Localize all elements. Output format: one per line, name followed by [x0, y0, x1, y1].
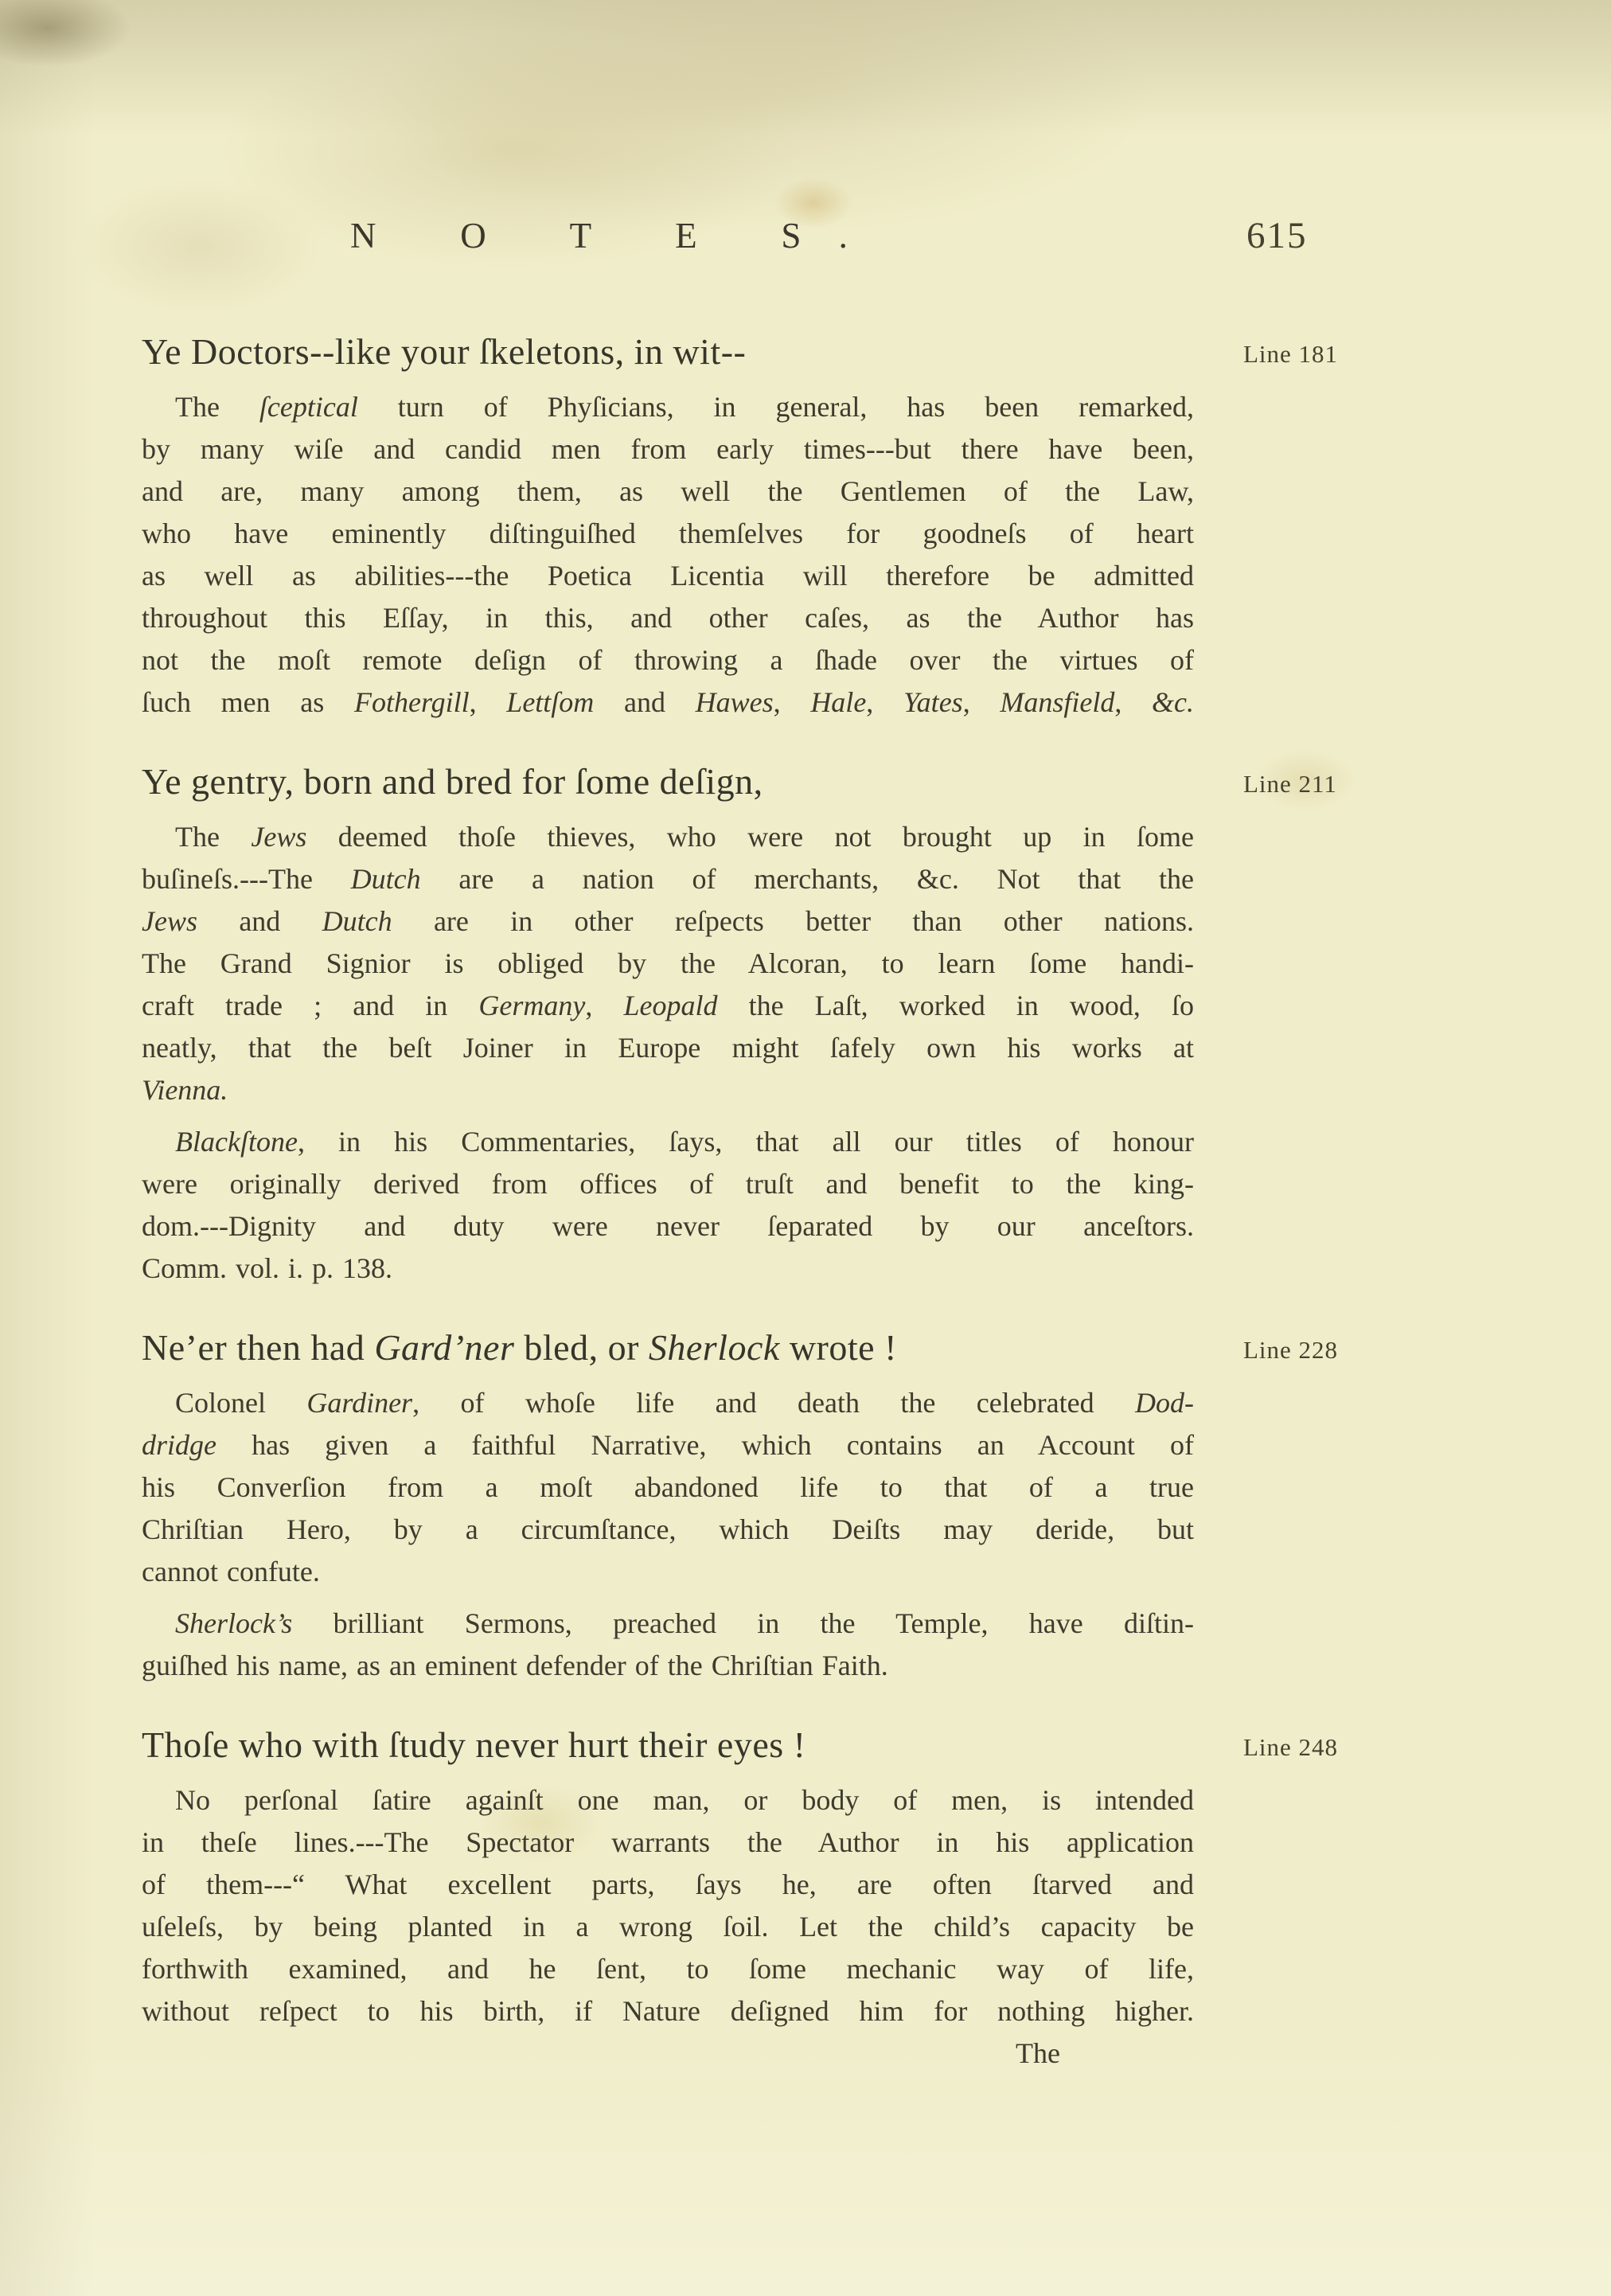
text-line: cannot confute.: [142, 1551, 1194, 1593]
italic-text-segment: Yates: [903, 686, 963, 718]
text-line: by many wiſe and candid men from early t…: [142, 428, 1194, 471]
text-line: The ſceptical turn of Phyſicians, in gen…: [142, 386, 1194, 428]
page-title: N O T E S.: [142, 211, 1194, 260]
note-heading: Thoſe who with ſtudy never hurt their ey…: [142, 1720, 1194, 1770]
text-segment: and: [594, 686, 695, 718]
text-segment: were originally derived from offices of …: [142, 1168, 1194, 1200]
text-segment: ,: [963, 686, 1001, 718]
text-line: without reſpect to his birth, if Nature …: [142, 1990, 1194, 2032]
text-line: were originally derived from offices of …: [142, 1163, 1194, 1205]
text-segment: turn of Phyſicians, in general, has been…: [358, 391, 1194, 423]
italic-text-segment: Jews: [142, 905, 197, 937]
note-paragraph: Sherlock’s brilliant Sermons, preached i…: [142, 1603, 1194, 1687]
text-segment: uſeleſs, by being planted in a wrong ſoi…: [142, 1911, 1194, 1943]
text-line: dom.---Dignity and duty were never ſepar…: [142, 1205, 1194, 1248]
text-line: Vienna.: [142, 1069, 1194, 1111]
text-segment: and are, many among them, as well the Ge…: [142, 475, 1194, 507]
note-paragraph: The ſceptical turn of Phyſicians, in gen…: [142, 386, 1194, 724]
note-paragraph-row: No perſonal ſatire againſt one man, or b…: [142, 1770, 1611, 2032]
italic-text-segment: Dutch: [351, 863, 421, 895]
note-paragraph-row: The Jews deemed thoſe thieves, who were …: [142, 806, 1611, 1111]
text-segment: ,: [470, 686, 507, 718]
text-segment: ,: [866, 686, 903, 718]
text-segment: ,: [585, 990, 623, 1021]
note-heading-row: Ye gentry, born and bred for ſome deſign…: [142, 757, 1611, 806]
note-heading-row: Ye Doctors--like your ſkeletons, in wit-…: [142, 327, 1611, 377]
text-segment: wrote !: [780, 1327, 897, 1368]
text-segment: guiſhed his name, as an eminent defender…: [142, 1650, 888, 1681]
text-segment: Ye gentry, born and bred for ſome deſign…: [142, 761, 763, 802]
text-segment: by many wiſe and candid men from early t…: [142, 433, 1194, 465]
margin-spacer: [1194, 1770, 1528, 1783]
notes: Ye Doctors--like your ſkeletons, in wit-…: [142, 327, 1611, 2032]
text-segment: The: [175, 391, 259, 423]
text-segment: are a nation of merchants, &c. Not that …: [421, 863, 1194, 895]
margin-spacer: [1194, 1593, 1528, 1606]
text-segment: throughout this Eſſay, in this, and othe…: [142, 602, 1194, 634]
note-heading-col: Ye Doctors--like your ſkeletons, in wit-…: [142, 327, 1194, 377]
text-line: neatly, that the beſt Joiner in Europe m…: [142, 1027, 1194, 1069]
text-segment: No perſonal ſatire againſt one man, or b…: [175, 1784, 1194, 1816]
text-line: buſineſs.---The Dutch are a nation of me…: [142, 858, 1194, 900]
text-segment: are in other reſpects better than other …: [392, 905, 1194, 937]
text-segment: not the moſt remote deſign of throwing a…: [142, 644, 1194, 676]
italic-text-segment: &c.: [1152, 686, 1194, 718]
italic-text-segment: dridge: [142, 1429, 216, 1461]
text-segment: Colonel: [175, 1387, 306, 1419]
text-segment: cannot confute.: [142, 1556, 320, 1587]
note-heading-col: Ne’er then had Gard’ner bled, or Sherloc…: [142, 1323, 1194, 1373]
line-reference: Line 211: [1194, 757, 1528, 799]
text-segment: his Converſion from a moſt abandoned lif…: [142, 1471, 1194, 1503]
text-segment: The Grand Signior is obliged by the Alco…: [142, 947, 1194, 979]
text-segment: Ne’er then had: [142, 1327, 374, 1368]
text-line: of them---“ What excellent parts, ſays h…: [142, 1864, 1194, 1906]
text-segment: the Laſt, worked in wood, ſo: [717, 990, 1194, 1021]
text-segment: brilliant Sermons, preached in the Templ…: [292, 1607, 1194, 1639]
text-line: his Converſion from a moſt abandoned lif…: [142, 1466, 1194, 1509]
italic-text-segment: Sherlock: [649, 1327, 780, 1368]
text-line: Colonel Gardiner, of whoſe life and deat…: [142, 1382, 1194, 1424]
text-segment: deemed thoſe thieves, who were not broug…: [306, 821, 1194, 853]
text-segment: Chriſtian Hero, by a circumſtance, which…: [142, 1513, 1194, 1545]
text-segment: neatly, that the beſt Joiner in Europe m…: [142, 1032, 1194, 1064]
text-line: guiſhed his name, as an eminent defender…: [142, 1645, 1194, 1687]
italic-text-segment: Vienna.: [142, 1074, 228, 1106]
italic-text-segment: Fothergill: [354, 686, 470, 718]
text-line: throughout this Eſſay, in this, and othe…: [142, 597, 1194, 639]
text-segment: dom.---Dignity and duty were never ſepar…: [142, 1210, 1194, 1242]
note-heading: Ye Doctors--like your ſkeletons, in wit-…: [142, 327, 1194, 377]
note-heading-col: Thoſe who with ſtudy never hurt their ey…: [142, 1720, 1194, 1770]
note-heading: Ye gentry, born and bred for ſome deſign…: [142, 757, 1194, 806]
text-segment: of them---“ What excellent parts, ſays h…: [142, 1868, 1194, 1900]
text-segment: as well as abilities---the Poetica Licen…: [142, 560, 1194, 592]
note-heading-row: Ne’er then had Gard’ner bled, or Sherloc…: [142, 1323, 1611, 1373]
italic-text-segment: Dutch: [322, 905, 392, 937]
text-line: in theſe lines.---The Spectator warrants…: [142, 1822, 1194, 1864]
text-line: Jews and Dutch are in other reſpects bet…: [142, 900, 1194, 943]
text-segment: bled, or: [514, 1327, 649, 1368]
note-paragraph-row: The ſceptical turn of Phyſicians, in gen…: [142, 377, 1611, 724]
note-paragraph: No perſonal ſatire againſt one man, or b…: [142, 1779, 1194, 2032]
text-segment: ſuch men as: [142, 686, 354, 718]
text-segment: , in his Commentaries, ſays, that all ou…: [298, 1126, 1194, 1158]
text-line: ſuch men as Fothergill, Lettſom and Hawe…: [142, 681, 1194, 724]
margin-spacer: [1194, 1373, 1528, 1385]
text-line: No perſonal ſatire againſt one man, or b…: [142, 1779, 1194, 1822]
text-segment: , of whoſe life and death the celebrated: [412, 1387, 1135, 1419]
note-paragraph: The Jews deemed thoſe thieves, who were …: [142, 816, 1194, 1111]
italic-text-segment: Dod-: [1135, 1387, 1194, 1419]
note-paragraph-row: Colonel Gardiner, of whoſe life and deat…: [142, 1373, 1611, 1593]
italic-text-segment: Jews: [251, 821, 306, 853]
text-segment: forthwith examined, and he ſent, to ſome…: [142, 1953, 1194, 1985]
running-head: N O T E S. 615: [142, 211, 1611, 260]
text-line: The Jews deemed thoſe thieves, who were …: [142, 816, 1194, 858]
text-segment: has given a faithful Narrative, which co…: [216, 1429, 1194, 1461]
text-segment: in theſe lines.---The Spectator warrants…: [142, 1826, 1194, 1858]
text-line: dridge has given a faithful Narrative, w…: [142, 1424, 1194, 1466]
catchword: The: [142, 2032, 1194, 2075]
margin-spacer: [1194, 1111, 1528, 1124]
text-line: who have eminently diſtinguiſhed themſel…: [142, 513, 1194, 555]
italic-text-segment: Germany: [478, 990, 585, 1021]
text-segment: Comm. vol. i. p. 138.: [142, 1252, 392, 1284]
italic-text-segment: Sherlock’s: [175, 1607, 292, 1639]
text-line: The Grand Signior is obliged by the Alco…: [142, 943, 1194, 985]
italic-text-segment: Lettſom: [506, 686, 594, 718]
text-line: Comm. vol. i. p. 138.: [142, 1248, 1194, 1290]
note-paragraph: Blackſtone, in his Commentaries, ſays, t…: [142, 1121, 1194, 1290]
line-reference: Line 228: [1194, 1323, 1528, 1365]
text-segment: Thoſe who with ſtudy never hurt their ey…: [142, 1724, 805, 1765]
text-segment: without reſpect to his birth, if Nature …: [142, 1995, 1194, 2027]
italic-text-segment: Gard’ner: [374, 1327, 514, 1368]
note-heading-row: Thoſe who with ſtudy never hurt their ey…: [142, 1720, 1611, 1770]
text-line: Sherlock’s brilliant Sermons, preached i…: [142, 1603, 1194, 1645]
italic-text-segment: Blackſtone: [175, 1126, 298, 1158]
text-line: craft trade ; and in Germany, Leopald th…: [142, 985, 1194, 1027]
italic-text-segment: Hale: [810, 686, 866, 718]
italic-text-segment: Gardiner: [306, 1387, 412, 1419]
margin-spacer: [1194, 806, 1528, 819]
note-heading: Ne’er then had Gard’ner bled, or Sherloc…: [142, 1323, 1194, 1373]
text-segment: buſineſs.---The: [142, 863, 351, 895]
text-segment: and: [197, 905, 322, 937]
note-paragraph-row: Blackſtone, in his Commentaries, ſays, t…: [142, 1111, 1611, 1290]
italic-text-segment: Hawes: [696, 686, 774, 718]
text-line: Blackſtone, in his Commentaries, ſays, t…: [142, 1121, 1194, 1163]
italic-text-segment: ſceptical: [259, 391, 358, 423]
italic-text-segment: Leopald: [623, 990, 717, 1021]
text-segment: ,: [1114, 686, 1152, 718]
note-paragraph: Colonel Gardiner, of whoſe life and deat…: [142, 1382, 1194, 1593]
text-segment: craft trade ; and in: [142, 990, 478, 1021]
text-line: not the moſt remote deſign of throwing a…: [142, 639, 1194, 681]
note-paragraph-row: Sherlock’s brilliant Sermons, preached i…: [142, 1593, 1611, 1687]
text-segment: Ye Doctors--like your ſkeletons, in wit-…: [142, 331, 746, 372]
text-line: and are, many among them, as well the Ge…: [142, 471, 1194, 513]
text-line: forthwith examined, and he ſent, to ſome…: [142, 1948, 1194, 1990]
italic-text-segment: Mansfield: [1000, 686, 1114, 718]
book-page-scan: N O T E S. 615 Ye Doctors--like your ſke…: [0, 0, 1611, 2296]
text-line: as well as abilities---the Poetica Licen…: [142, 555, 1194, 597]
text-line: Chriſtian Hero, by a circumſtance, which…: [142, 1509, 1194, 1551]
margin-spacer: [1194, 377, 1528, 389]
page-number: 615: [1194, 211, 1528, 259]
text-segment: ,: [774, 686, 811, 718]
line-reference: Line 248: [1194, 1720, 1528, 1762]
text-segment: who have eminently diſtinguiſhed themſel…: [142, 517, 1194, 549]
text-segment: The: [175, 821, 251, 853]
text-line: uſeleſs, by being planted in a wrong ſoi…: [142, 1906, 1194, 1948]
note-heading-col: Ye gentry, born and bred for ſome deſign…: [142, 757, 1194, 806]
line-reference: Line 181: [1194, 327, 1528, 369]
